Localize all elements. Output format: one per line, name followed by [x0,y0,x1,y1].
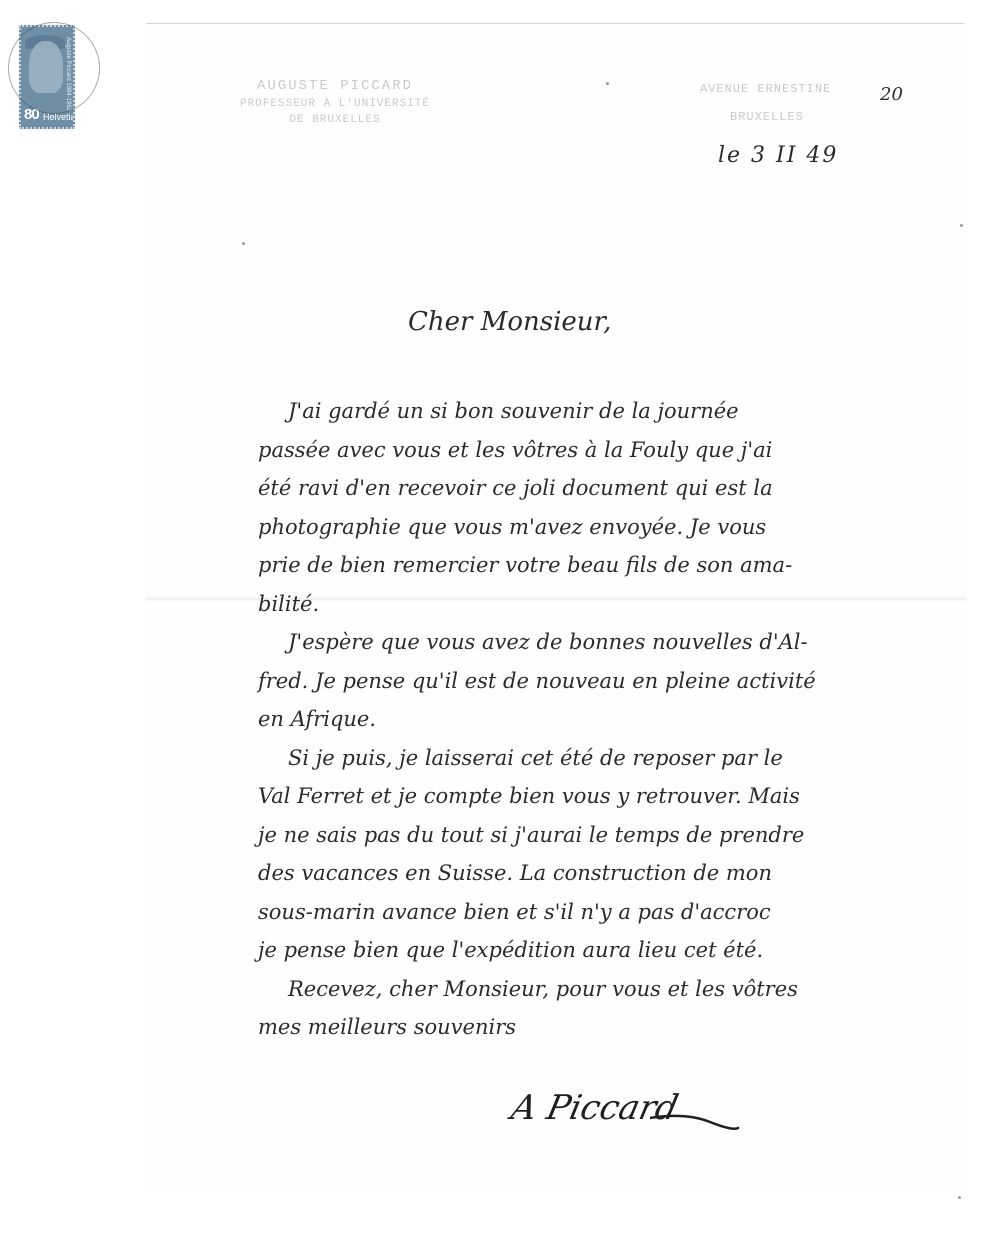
body-line: en Afrique. [258,700,898,739]
letter-body: J'ai gardé un si bon souvenir de la jour… [258,392,898,1047]
body-line: Val Ferret et je compte bien vous y retr… [258,777,898,816]
body-line: des vacances en Suisse. La construction … [258,854,898,893]
letter-date: le 3 II 49 [718,143,838,168]
body-line: mes meilleurs souvenirs [258,1008,898,1047]
letterhead-title: PROFESSEUR À L'UNIVERSITÉ [210,98,460,110]
postage-stamp: Auguste Piccard 1884-1962 80 Helvetia [19,25,75,129]
paper-speck [242,242,245,245]
paper-speck [606,82,609,85]
stamp-country: Helvetia [43,112,75,122]
letterhead-institution: DE BRUXELLES [210,114,460,126]
body-line: photographie que vous m'avez envoyée. Je… [258,508,898,547]
stamp-value: 80 [24,106,39,123]
stamp-side-text: Auguste Piccard 1884-1962 [65,37,71,111]
paragraph-3: Si je puis, je laisserai cet été de repo… [258,739,898,970]
body-line: fred. Je pense qu'il est de nouveau en p… [258,662,898,701]
paragraph-closing: Recevez, cher Monsieur, pour vous et les… [258,970,898,1047]
paper-speck [958,1196,961,1199]
body-line: sous-marin avance bien et s'il n'y a pas… [258,893,898,932]
letterhead-sender: AUGUSTE PICCARD PROFESSEUR À L'UNIVERSIT… [210,78,460,126]
body-line: passée avec vous et les vôtres à la Foul… [258,431,898,470]
street-number: 20 [880,84,903,105]
letterhead-name: AUGUSTE PICCARD [210,78,460,94]
body-line: Recevez, cher Monsieur, pour vous et les… [258,970,898,1009]
signature-swash-icon [650,1112,740,1132]
stamp-portrait-icon [29,41,63,93]
body-line: prie de bien remercier votre beau fils d… [258,546,898,585]
body-line: J'ai gardé un si bon souvenir de la jour… [258,392,898,431]
body-line: Si je puis, je laisserai cet été de repo… [258,739,898,778]
letterhead-city: BRUXELLES [730,110,940,124]
paragraph-2: J'espère que vous avez de bonnes nouvell… [258,623,898,739]
body-line: bilité. [258,585,898,624]
body-line: J'espère que vous avez de bonnes nouvell… [258,623,898,662]
body-line: été ravi d'en recevoir ce joli document … [258,469,898,508]
body-line: je pense bien que l'expédition aura lieu… [258,931,898,970]
letterhead-address: AVENUE ERNESTINE BRUXELLES [700,82,940,124]
body-line: je ne sais pas du tout si j'aurai le tem… [258,816,898,855]
salutation: Cher Monsieur, [408,307,611,337]
paragraph-1: J'ai gardé un si bon souvenir de la jour… [258,392,898,623]
paper-speck [960,224,963,227]
letterhead-street: AVENUE ERNESTINE [700,82,940,96]
envelope-flap-sheet [146,23,964,270]
